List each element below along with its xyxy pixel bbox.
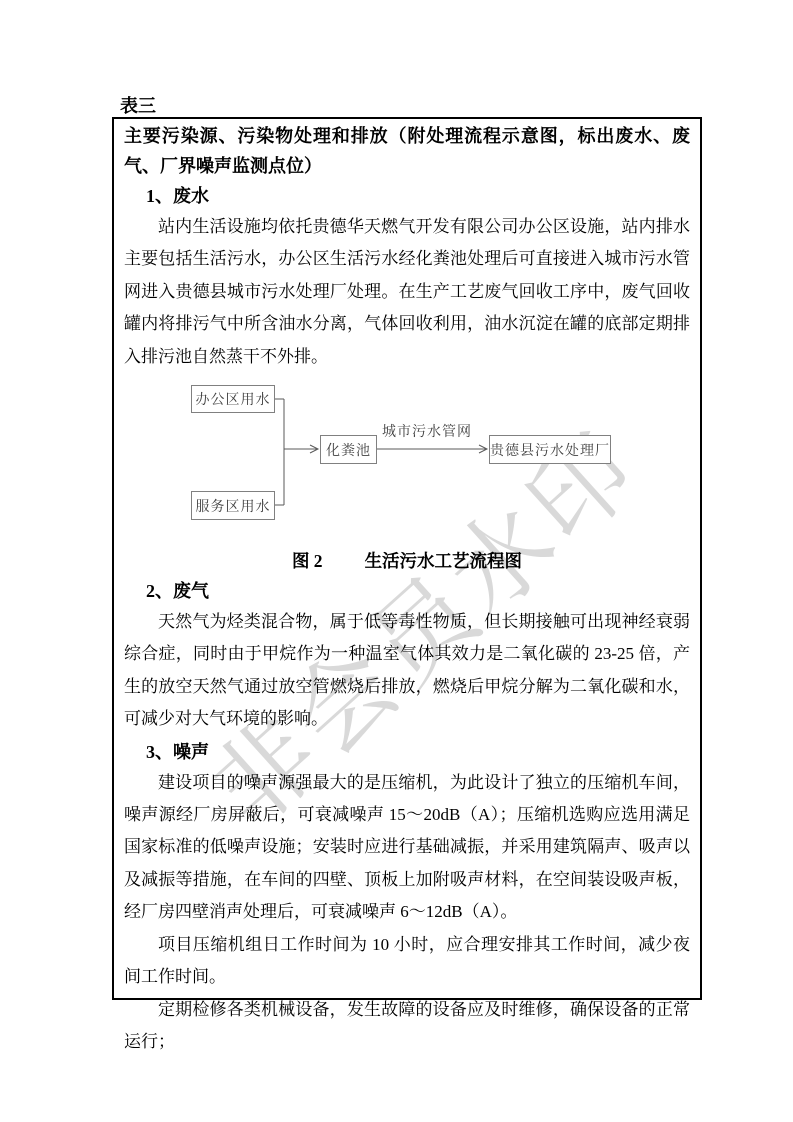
wastewater-flow-diagram: 办公区用水 服务区用水 化粪池 贵德县污水处理厂 城市污水管网 [124, 381, 690, 527]
figure-number: 图 2 [292, 551, 323, 571]
diagram-box-service-water: 服务区用水 [191, 491, 275, 520]
figure-caption: 图 2生活污水工艺流程图 [124, 549, 690, 573]
section-title-waste-gas: 2、废气 [124, 576, 690, 606]
section-title-wastewater: 1、废水 [124, 181, 690, 211]
paragraph-waste-gas: 天然气为烃类混合物，属于低等毒性物质，但长期接触可出现神经衰弱综合症，同时由于甲… [124, 606, 690, 736]
figure-title: 生活污水工艺流程图 [365, 551, 523, 571]
sheet-label: 表三 [120, 92, 156, 118]
paragraph-maintenance: 定期检修各类机械设备，发生故障的设备应及时维修，确保设备的正常运行； [124, 994, 690, 1059]
table-header: 主要污染源、污染物处理和排放（附处理流程示意图，标出废水、废气、厂界噪声监测点位… [124, 121, 690, 181]
paragraph-wastewater: 站内生活设施均依托贵德华天燃气开发有限公司办公区设施，站内排水主要包括生活污水，… [124, 211, 690, 373]
form-table: 主要污染源、污染物处理和排放（附处理流程示意图，标出废水、废气、厂界噪声监测点位… [112, 117, 702, 1000]
diagram-box-treatment-plant: 贵德县污水处理厂 [489, 435, 611, 464]
paragraph-work-hours: 项目压缩机组日工作时间为 10 小时，应合理安排其工作时间，减少夜间工作时间。 [124, 929, 690, 994]
paragraph-noise-measures: 建设项目的噪声源强最大的是压缩机，为此设计了独立的压缩机车间，噪声源经厂房屏蔽后… [124, 767, 690, 929]
diagram-arrow-label-sewer-network: 城市污水管网 [364, 421, 490, 441]
diagram-box-office-water: 办公区用水 [191, 385, 275, 413]
section-title-noise: 3、噪声 [124, 737, 690, 767]
